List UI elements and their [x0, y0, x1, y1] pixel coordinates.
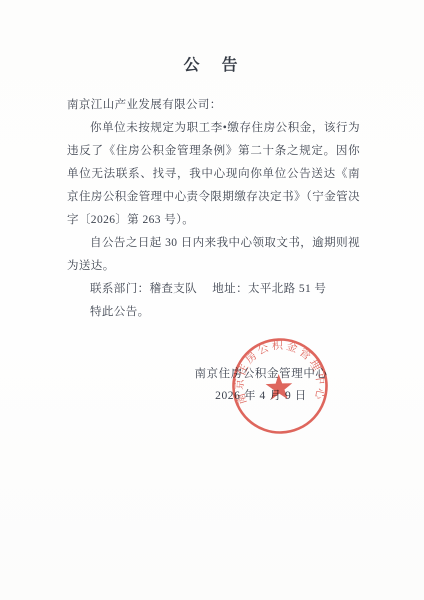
- paragraph-closing: 特此公告。: [67, 301, 360, 324]
- salutation: 南京江山产业发展有限公司：: [67, 94, 360, 117]
- signature-date: 2026 年 4 月 9 日: [160, 385, 362, 407]
- paragraph-deadline: 自公告之日起 30 日内来我中心领取文书，逾期则视为送达。: [67, 232, 360, 278]
- signature-block: 南京住房公积金管理中心 2026 年 4 月 9 日: [160, 363, 362, 407]
- announcement-document: 公 告 南京江山产业发展有限公司： 你单位未按规定为职工李•缴存住房公积金，该行…: [0, 0, 424, 600]
- signature-org: 南京住房公积金管理中心: [160, 363, 362, 385]
- paragraph-violation: 你单位未按规定为职工李•缴存住房公积金，该行为违反了《住房公积金管理条例》第二十…: [67, 117, 360, 232]
- document-title: 公 告: [0, 52, 424, 75]
- paragraph-contact: 联系部门：稽查支队 地址：太平北路 51 号: [67, 278, 360, 301]
- document-body: 南京江山产业发展有限公司： 你单位未按规定为职工李•缴存住房公积金，该行为违反了…: [67, 94, 360, 324]
